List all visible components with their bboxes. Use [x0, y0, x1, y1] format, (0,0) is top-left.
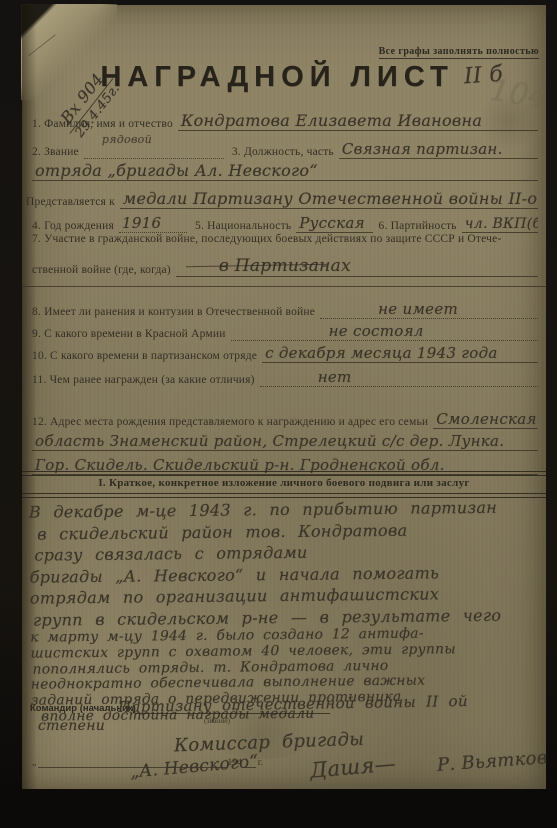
previous-awards-label: 11. Чем ранее награжден (за какие отличи…	[32, 374, 260, 387]
date-quote: „	[30, 758, 38, 768]
nationality-value: Русская	[299, 214, 365, 232]
position-continuation-row: отряда „бригады Ал. Невского“	[32, 157, 538, 181]
name-label: 1. Фамилия, имя и отчество	[32, 118, 178, 131]
birth-nationality-party-row: 4. Год рождения 1916 5. Национальность Р…	[32, 209, 538, 233]
presented-to-row: Представляется к медали Партизану Отечес…	[26, 183, 538, 209]
presented-to-value: медали Партизану Отечественной войны II-…	[123, 189, 538, 208]
nationality-label: 5. Национальность	[187, 220, 296, 233]
address-value-line1: Смоленская	[436, 410, 537, 428]
rank-hint-label: (звание)	[172, 716, 262, 725]
award-sheet-paper: Вх 904 29.4.45г. Все графы заполнять пол…	[22, 5, 546, 789]
address-continuation-row: область Знаменский район, Стрелецкий с/с…	[32, 427, 538, 451]
address-row: 12. Адрес места рождения представляемого…	[32, 403, 538, 429]
signature-second: Р. Вьятков	[436, 747, 548, 776]
war-participation-label-line2: ственной войне (где, когда)	[32, 264, 176, 277]
rank-note: рядовой	[102, 133, 152, 146]
wounds-row: 8. Имеет ли ранения и контузии в Отечест…	[32, 295, 538, 319]
divider-line	[22, 286, 546, 287]
fill-all-fields-notice: Все графы заполнять полностью	[379, 46, 539, 59]
scanned-document: Вх 904 29.4.45г. Все графы заполнять пол…	[0, 0, 557, 828]
section-heading: I. Краткое, конкретное изложение личного…	[22, 477, 546, 489]
field-name-row: 1. Фамилия, имя и отчество Кондратова Ел…	[32, 105, 538, 131]
name-value: Кондратова Елизавета Ивановна	[181, 111, 482, 130]
position-value-line2: отряда „бригады Ал. Невского“	[35, 161, 318, 180]
partisan-since-row: 10. С какого времени в партизанском отря…	[32, 339, 538, 363]
address-value-line2: область Знаменский район, Стрелецкий с/с…	[35, 432, 504, 450]
previous-awards-row: 11. Чем ранее награжден (за какие отличи…	[32, 363, 538, 387]
red-army-value: не состоял	[234, 322, 424, 340]
party-label: 6. Партийность	[373, 220, 462, 233]
field-rank-position-row: 2. Звание рядовой 3. Должность, часть Св…	[32, 133, 538, 159]
birth-year-value: 1916	[122, 214, 161, 232]
position-value-line1: Связная партизан.	[342, 140, 503, 158]
red-army-row: 9. С какого времени в Красной Армии не с…	[32, 317, 538, 341]
signature-commissar: Дашя—	[309, 751, 397, 782]
previous-awards-value: нет	[263, 368, 352, 386]
wounds-value: не имеет	[323, 300, 458, 318]
section-divider-top	[22, 471, 546, 476]
presented-to-label: Представляется к	[26, 196, 120, 209]
citation-overlay-end: степени	[38, 718, 105, 734]
birth-year-label: 4. Год рождения	[32, 220, 119, 233]
war-participation-value: в Партизанах	[179, 256, 351, 276]
partisan-since-label: 10. С какого времени в партизанском отря…	[32, 350, 262, 363]
war-participation-label-line1: 7. Участие в гражданской войне, последую…	[32, 233, 538, 245]
war-participation-row: ственной войне (где, когда) в Партизанах	[32, 251, 538, 277]
partisan-since-value: с декабря месяца 1943 года	[265, 344, 498, 362]
page-title: НАГРАДНОЙ ЛИСТ	[92, 61, 462, 94]
party-value: чл. ВКП(б)	[465, 216, 538, 232]
